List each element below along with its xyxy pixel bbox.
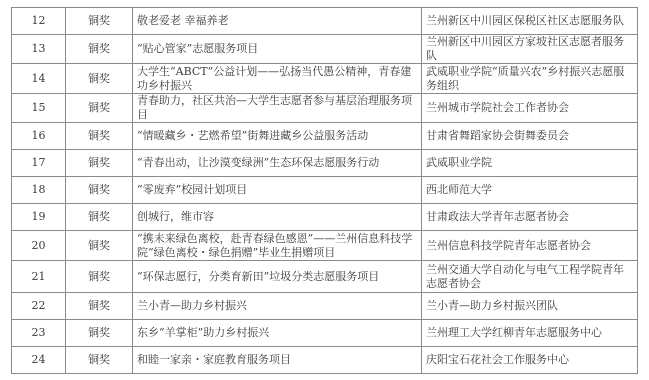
organization-name: 兰州交通大学自动化与电气工程学院青年志愿者协会 <box>422 261 638 293</box>
project-name: 青春助力，社区共治—大学生志愿者参与基层治理服务项目 <box>133 94 422 123</box>
award-level: 铜奖 <box>66 177 133 204</box>
organization-name: 兰州信息科技学院青年志愿者协会 <box>422 231 638 261</box>
project-name: “零废弃”校园计划项目 <box>133 177 422 204</box>
row-number: 15 <box>12 94 66 123</box>
organization-name: 庆阳宝石花社会工作服务中心 <box>422 347 638 374</box>
project-name: “携未来绿色离校，赴青春绿色感恩”——兰州信息科技学院“绿色离校・绿色捐赠”毕业… <box>133 231 422 261</box>
table-row: 17 铜奖 “青春出动，让沙漠变绿洲”生态环保志愿服务行动 武威职业学院 <box>12 150 638 177</box>
award-level: 铜奖 <box>66 94 133 123</box>
organization-name: 兰州新区中川园区方家坡社区志愿者服务队 <box>422 35 638 64</box>
table-row: 16 铜奖 “情暖藏乡・艺燃希望”街舞进藏乡公益服务活动 甘肃省舞蹈家协会街舞委… <box>12 123 638 150</box>
row-number: 12 <box>12 8 66 35</box>
project-name: 和睦一家亲・家庭教育服务项目 <box>133 347 422 374</box>
award-level: 铜奖 <box>66 320 133 347</box>
table-row: 22 铜奖 兰小青—助力乡村振兴 兰小青—助力乡村振兴团队 <box>12 293 638 320</box>
award-level: 铜奖 <box>66 123 133 150</box>
row-number: 21 <box>12 261 66 293</box>
organization-name: 武威职业学院“质量兴农”乡村振兴志愿服务组织 <box>422 64 638 94</box>
award-level: 铜奖 <box>66 64 133 94</box>
project-name: 大学生“ABCT”公益计划——弘扬当代愚公精神，青春建功乡村振兴 <box>133 64 422 94</box>
project-name: “环保志愿行，分类育新田”垃圾分类志愿服务项目 <box>133 261 422 293</box>
organization-name: 西北师范大学 <box>422 177 638 204</box>
award-level: 铜奖 <box>66 293 133 320</box>
table-row: 23 铜奖 东乡“羊掌柜”助力乡村振兴 兰州理工大学红柳青年志愿服务中心 <box>12 320 638 347</box>
project-name: “情暖藏乡・艺燃希望”街舞进藏乡公益服务活动 <box>133 123 422 150</box>
row-number: 13 <box>12 35 66 64</box>
organization-name: 武威职业学院 <box>422 150 638 177</box>
awards-table: 12 铜奖 敬老爱老 幸福养老 兰州新区中川园区保税区社区志愿服务队 13 铜奖… <box>11 7 638 374</box>
project-name: “贴心管家”志愿服务项目 <box>133 35 422 64</box>
row-number: 23 <box>12 320 66 347</box>
row-number: 24 <box>12 347 66 374</box>
row-number: 20 <box>12 231 66 261</box>
award-level: 铜奖 <box>66 35 133 64</box>
project-name: 东乡“羊掌柜”助力乡村振兴 <box>133 320 422 347</box>
row-number: 16 <box>12 123 66 150</box>
organization-name: 兰小青—助力乡村振兴团队 <box>422 293 638 320</box>
table-row: 24 铜奖 和睦一家亲・家庭教育服务项目 庆阳宝石花社会工作服务中心 <box>12 347 638 374</box>
table-row: 21 铜奖 “环保志愿行，分类育新田”垃圾分类志愿服务项目 兰州交通大学自动化与… <box>12 261 638 293</box>
row-number: 22 <box>12 293 66 320</box>
project-name: 兰小青—助力乡村振兴 <box>133 293 422 320</box>
organization-name: 甘肃省舞蹈家协会街舞委员会 <box>422 123 638 150</box>
project-name: “青春出动，让沙漠变绿洲”生态环保志愿服务行动 <box>133 150 422 177</box>
row-number: 14 <box>12 64 66 94</box>
award-level: 铜奖 <box>66 347 133 374</box>
row-number: 18 <box>12 177 66 204</box>
award-level: 铜奖 <box>66 261 133 293</box>
project-name: 创城行，维市容 <box>133 204 422 231</box>
row-number: 17 <box>12 150 66 177</box>
table-row: 15 铜奖 青春助力，社区共治—大学生志愿者参与基层治理服务项目 兰州城市学院社… <box>12 94 638 123</box>
table-row: 19 铜奖 创城行，维市容 甘肃政法大学青年志愿者协会 <box>12 204 638 231</box>
award-level: 铜奖 <box>66 150 133 177</box>
project-name: 敬老爱老 幸福养老 <box>133 8 422 35</box>
organization-name: 兰州城市学院社会工作者协会 <box>422 94 638 123</box>
table-row: 18 铜奖 “零废弃”校园计划项目 西北师范大学 <box>12 177 638 204</box>
award-level: 铜奖 <box>66 8 133 35</box>
row-number: 19 <box>12 204 66 231</box>
organization-name: 甘肃政法大学青年志愿者协会 <box>422 204 638 231</box>
organization-name: 兰州理工大学红柳青年志愿服务中心 <box>422 320 638 347</box>
organization-name: 兰州新区中川园区保税区社区志愿服务队 <box>422 8 638 35</box>
table-row: 20 铜奖 “携未来绿色离校，赴青春绿色感恩”——兰州信息科技学院“绿色离校・绿… <box>12 231 638 261</box>
table-row: 13 铜奖 “贴心管家”志愿服务项目 兰州新区中川园区方家坡社区志愿者服务队 <box>12 35 638 64</box>
table-row: 14 铜奖 大学生“ABCT”公益计划——弘扬当代愚公精神，青春建功乡村振兴 武… <box>12 64 638 94</box>
table-row: 12 铜奖 敬老爱老 幸福养老 兰州新区中川园区保税区社区志愿服务队 <box>12 8 638 35</box>
award-level: 铜奖 <box>66 231 133 261</box>
award-level: 铜奖 <box>66 204 133 231</box>
